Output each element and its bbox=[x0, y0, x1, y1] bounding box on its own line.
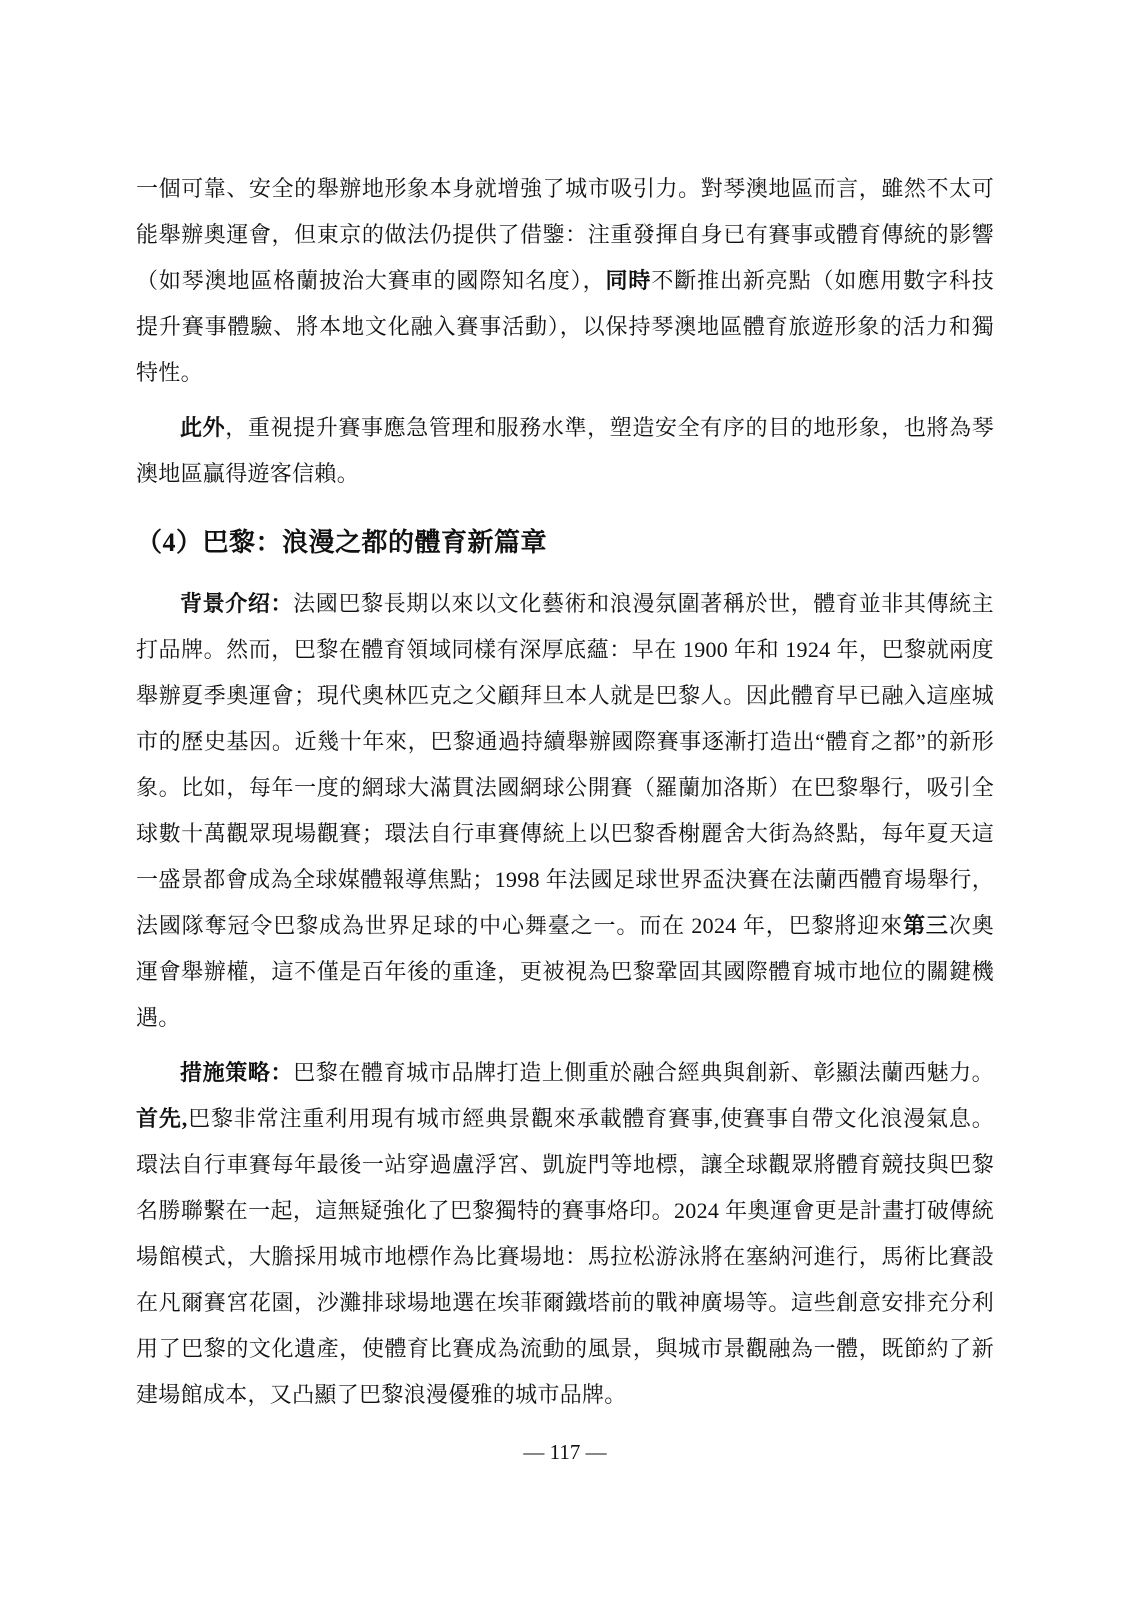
paragraph-safety-trust: 此外，重視提升賽事應急管理和服務水準，塑造安全有序的目的地形象，也將為琴澳地區贏… bbox=[136, 405, 994, 497]
page-number: — 117 — bbox=[0, 1440, 1130, 1465]
paragraph-paris-background: 背景介绍：法國巴黎長期以來以文化藝術和浪漫氛圍著稱於世，體育並非其傳統主打品牌。… bbox=[136, 581, 994, 1041]
bold-text-run: 背景介绍： bbox=[180, 591, 293, 616]
paragraph-tokyo-lessons: 一個可靠、安全的舉辦地形象本身就增強了城市吸引力。對琴澳地區而言，雖然不太可能舉… bbox=[136, 166, 994, 396]
bold-text-run: 此外 bbox=[180, 415, 225, 440]
paragraph-paris-strategy: 措施策略：巴黎在體育城市品牌打造上側重於融合經典與創新、彰顯法蘭西魅力。首先,巴… bbox=[136, 1050, 994, 1418]
document-body: 一個可靠、安全的舉辦地形象本身就增強了城市吸引力。對琴澳地區而言，雖然不太可能舉… bbox=[136, 166, 994, 1427]
text-run: 巴黎在體育城市品牌打造上側重於融合經典與創新、彰顯法蘭西魅力。 bbox=[293, 1060, 994, 1085]
bold-text-run: 同時 bbox=[606, 268, 652, 293]
bold-text-run: 措施策略： bbox=[180, 1060, 293, 1085]
text-run: 巴黎非常注重利用現有城市經典景觀來承載體育賽事,使賽事自帶文化浪漫氣息。環法自行… bbox=[136, 1106, 994, 1407]
text-run: 法國巴黎長期以來以文化藝術和浪漫氛圍著稱於世，體育並非其傳統主打品牌。然而，巴黎… bbox=[136, 591, 994, 938]
bold-text-run: 第三 bbox=[903, 913, 949, 938]
section-heading-paris: （4）巴黎：浪漫之都的體育新篇章 bbox=[136, 525, 994, 561]
document-page: 一個可靠、安全的舉辦地形象本身就增強了城市吸引力。對琴澳地區而言，雖然不太可能舉… bbox=[0, 0, 1130, 1600]
text-run: ，重視提升賽事應急管理和服務水準，塑造安全有序的目的地形象，也將為琴澳地區贏得遊… bbox=[136, 415, 994, 486]
bold-text-run: 首先, bbox=[136, 1106, 188, 1131]
